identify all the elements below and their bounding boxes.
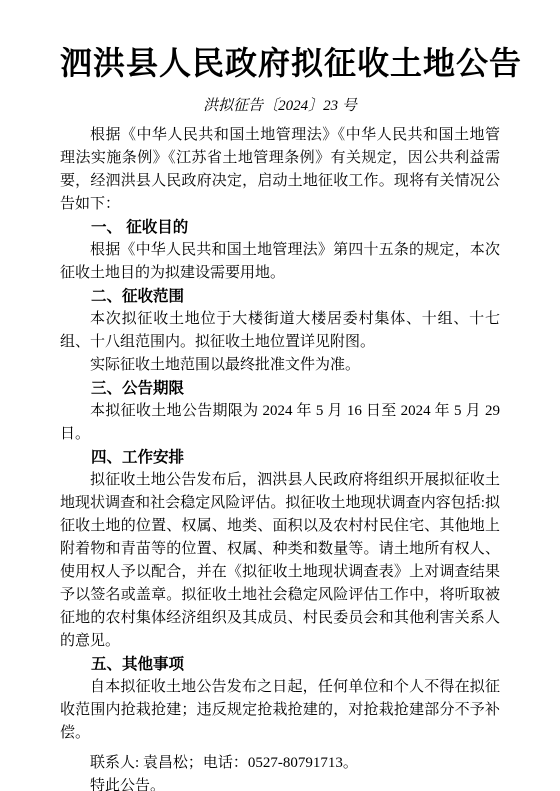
section-1-heading: 一、 征收目的 [60, 216, 500, 239]
section-2-paragraph-1: 本次拟征收土地位于大楼街道大楼居委村集体、十组、十七组、十八组范围内。拟征收土地… [60, 308, 500, 354]
section-3-paragraph-1: 本拟征收土地公告期限为 2024 年 5 月 16 日至 2024 年 5 月 … [60, 400, 500, 446]
document-title: 泗洪县人民政府拟征收土地公告 [60, 44, 500, 82]
closing-line: 特此公告。 [60, 775, 500, 791]
section-2-heading: 二、征收范围 [60, 285, 500, 308]
section-5-heading: 五、其他事项 [60, 653, 500, 676]
document-number: 洪拟征告〔2024〕23 号 [60, 97, 500, 115]
section-2-paragraph-2: 实际征收土地范围以最终批准文件为准。 [60, 354, 500, 377]
section-5-paragraph-1: 自本拟征收土地公告发布之日起，任何单位和个人不得在拟征收范围内抢栽抢建；违反规定… [60, 676, 500, 745]
section-4-paragraph-1: 拟征收土地公告发布后，泗洪县人民政府将组织开展拟征收土地现状调查和社会稳定风险评… [60, 469, 500, 653]
section-1-paragraph-1: 根据《中华人民共和国土地管理法》第四十五条的规定，本次征收土地目的为拟建设需要用… [60, 239, 500, 285]
contact-line: 联系人: 袁昌松；电话：0527-80791713。 [60, 752, 500, 775]
section-3-heading: 三、公告期限 [60, 377, 500, 400]
intro-paragraph: 根据《中华人民共和国土地管理法》《中华人民共和国土地管理法实施条例》《江苏省土地… [60, 124, 500, 216]
announcement-document: 泗洪县人民政府拟征收土地公告 洪拟征告〔2024〕23 号 根据《中华人民共和国… [0, 0, 560, 791]
section-4-heading: 四、工作安排 [60, 446, 500, 469]
